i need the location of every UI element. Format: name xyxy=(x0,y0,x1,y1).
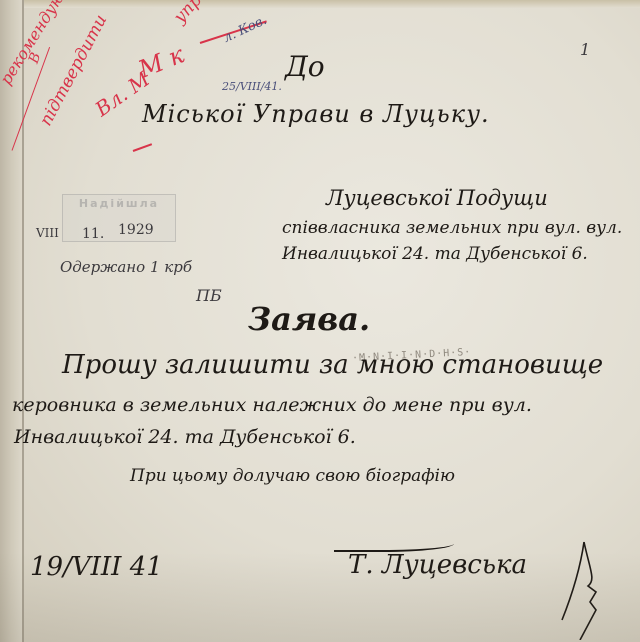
document-title: Заява. xyxy=(248,300,370,338)
page-shadow xyxy=(0,552,640,642)
body-line-1: Прошу залишити за мною становище xyxy=(62,350,603,380)
sender-address-1: співвласника земельних при вул. вул. xyxy=(282,218,622,238)
red-short-dash xyxy=(133,143,152,152)
stamp-year: 1929 xyxy=(118,222,154,238)
addressee-to: До xyxy=(285,50,325,83)
received-initials: ПБ xyxy=(196,286,222,305)
sender-address-2: Инвалицької 24. та Дубенської 6. xyxy=(282,244,588,264)
stamp-day: 11. xyxy=(82,226,104,242)
body-line-2: керовника в земельних належних до мене п… xyxy=(12,394,532,416)
paper-top-edge xyxy=(0,0,640,8)
blue-note: л. Ков. xyxy=(221,13,269,46)
body-line-4: При цьому долучаю свою біографію xyxy=(130,466,455,486)
registry-stamp-label: Надійшла xyxy=(63,197,175,210)
received-note: Одержано 1 крб xyxy=(60,258,192,276)
sender-name: Луцевської Подущи xyxy=(326,186,548,210)
page-number: 1 xyxy=(580,40,590,59)
addressee-line: Міської Управи в Луцьку. xyxy=(142,100,490,128)
blue-date: 25/VIII/41. xyxy=(222,80,282,93)
stamp-month: VIII xyxy=(36,226,59,240)
binding-fold xyxy=(0,0,22,642)
body-line-3: Инвалицької 24. та Дубенської 6. xyxy=(14,426,356,448)
binding-fold-line xyxy=(22,0,24,642)
red-mark: М к xyxy=(134,40,188,83)
document-page: В рекомендую підтвердити упр. Вл. М М к … xyxy=(0,0,640,642)
